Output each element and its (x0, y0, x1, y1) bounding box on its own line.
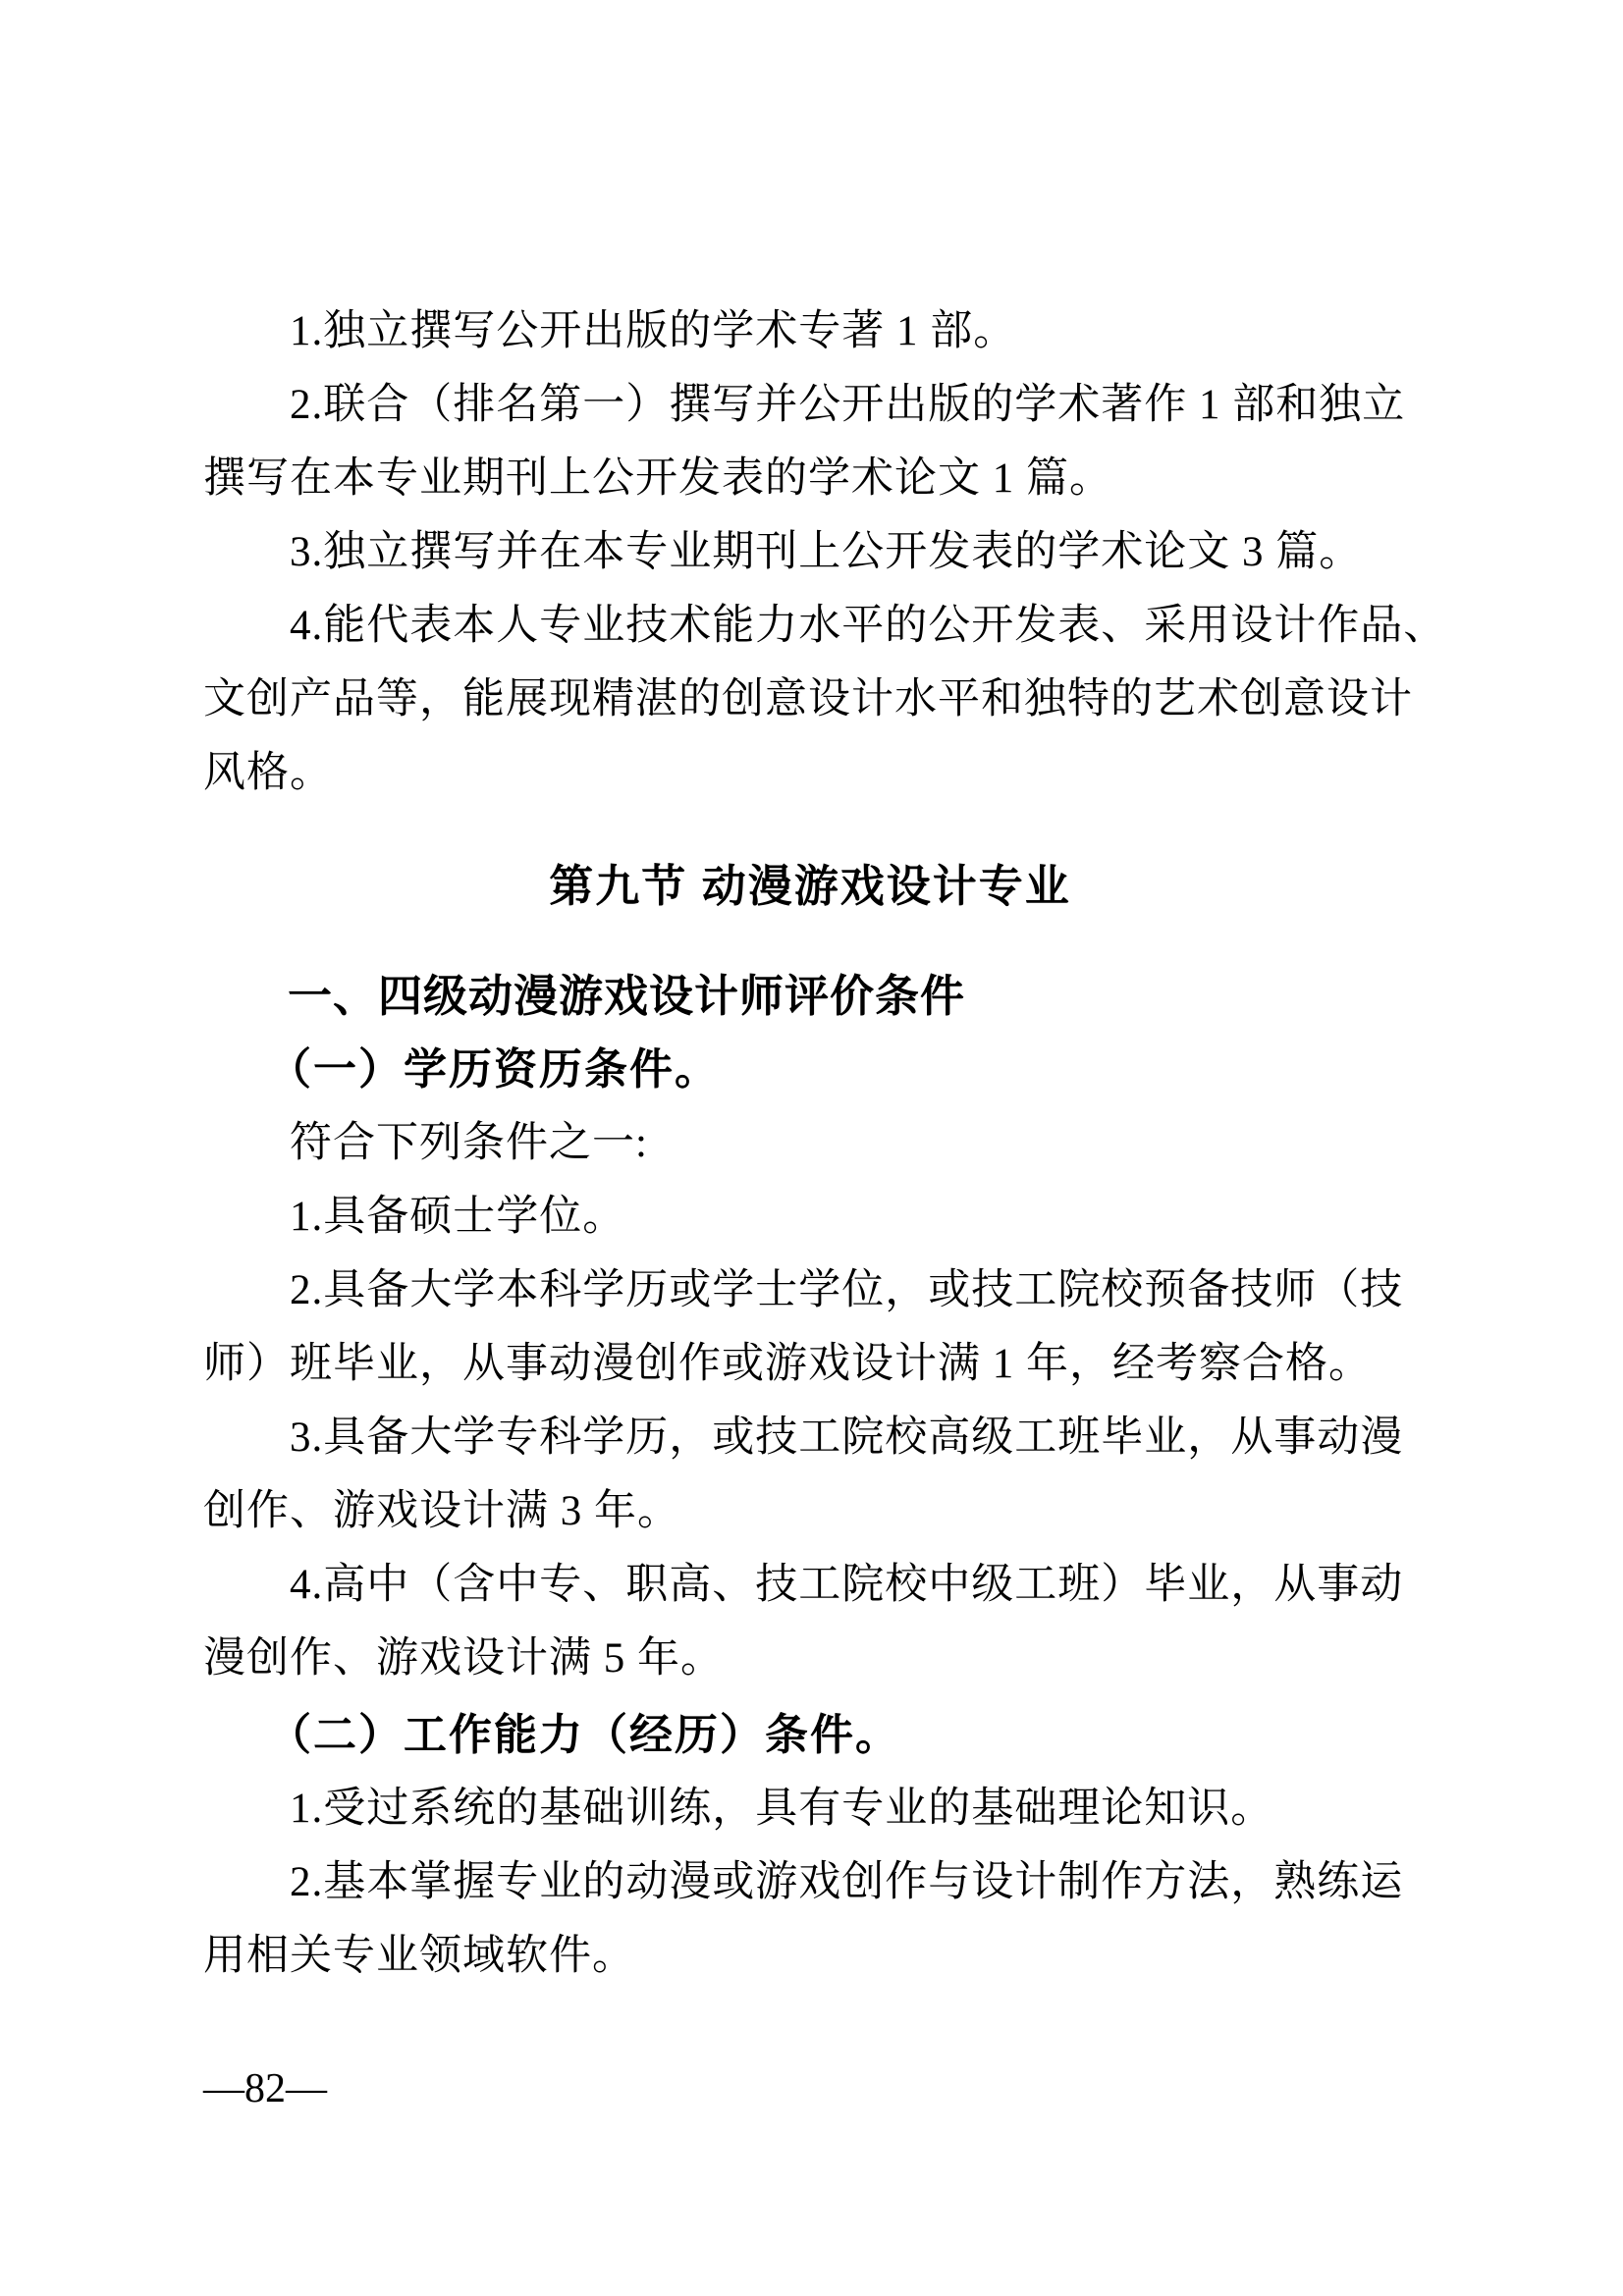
text-column: 1.独立撰写公开出版的学术专著 1 部。 2.联合（排名第一）撰写并公开出版的学… (203, 294, 1417, 1993)
education-clause-heading: （一）学历资历条件。 (203, 1033, 1417, 1106)
paragraph-line: 用相关专业领域软件。 (203, 1919, 1417, 1993)
paragraph-line: 符合下列条件之一: (203, 1106, 1417, 1180)
section-title: 第九节 动漫游戏设计专业 (203, 847, 1417, 926)
paragraph-line: 1.具备硕士学位。 (203, 1180, 1417, 1254)
paragraph-line: 创作、游戏设计满 3 年。 (203, 1474, 1417, 1548)
paragraph-line: 3.独立撰写并在本专业期刊上公开发表的学术论文 3 篇。 (203, 515, 1417, 589)
paragraph-line: 文创产品等，能展现精湛的创意设计水平和独特的艺术创意设计 (203, 663, 1417, 736)
paragraph-line: 2.具备大学本科学历或学士学位，或技工院校预备技师（技 (203, 1254, 1417, 1327)
paragraph-line: 2.联合（排名第一）撰写并公开出版的学术著作 1 部和独立 (203, 368, 1417, 442)
document-page: 1.独立撰写公开出版的学术专著 1 部。 2.联合（排名第一）撰写并公开出版的学… (0, 0, 1623, 2296)
paragraph-line: 风格。 (203, 736, 1417, 810)
paragraph-line: 漫创作、游戏设计满 5 年。 (203, 1622, 1417, 1695)
paragraph-line: 1.受过系统的基础训练，具有专业的基础理论知识。 (203, 1772, 1417, 1845)
work-ability-clause-heading: （二）工作能力（经历）条件。 (203, 1698, 1417, 1772)
paragraph-line: 撰写在本专业期刊上公开发表的学术论文 1 篇。 (203, 442, 1417, 515)
paragraph-line: 3.具备大学专科学历，或技工院校高级工班毕业，从事动漫 (203, 1401, 1417, 1474)
paragraph-line: 2.基本掌握专业的动漫或游戏创作与设计制作方法，熟练运 (203, 1845, 1417, 1919)
paragraph-line: 师）班毕业，从事动漫创作或游戏设计满 1 年，经考察合格。 (203, 1327, 1417, 1401)
paragraph-line: 4.高中（含中专、职高、技工院校中级工班）毕业，从事动 (203, 1548, 1417, 1622)
paragraph-line: 4.能代表本人专业技术能力水平的公开发表、采用设计作品、 (203, 589, 1417, 663)
page-number: —82— (203, 2064, 327, 2113)
level4-criteria-heading: 一、四级动漫游戏设计师评价条件 (203, 959, 1417, 1033)
paragraph-line: 1.独立撰写公开出版的学术专著 1 部。 (203, 294, 1417, 368)
